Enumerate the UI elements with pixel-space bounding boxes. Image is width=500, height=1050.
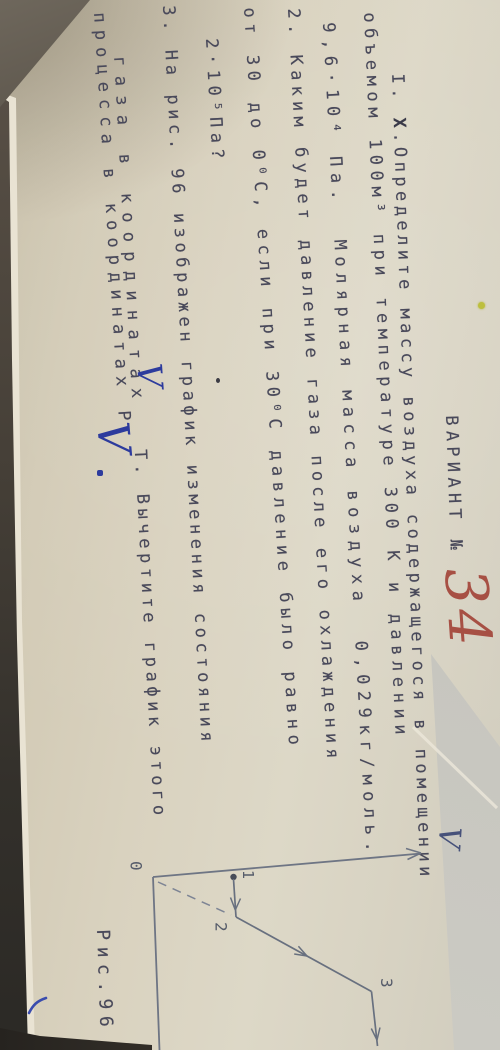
worksheet-photo: ВАРИАНТ № 34 I. Х.Определите массу возду… (0, 0, 500, 1050)
point-label-3: 3 (377, 978, 396, 988)
fold-highlight-line (413, 727, 497, 808)
v-axis-label: V (430, 825, 467, 852)
process-segment-2-3 (236, 917, 372, 992)
point-label-1: 1 (239, 870, 257, 879)
t-axis (153, 877, 160, 1050)
figure-96-graph: 0 1 2 3 V (0, 0, 500, 1050)
dashed-isobar-extension (158, 882, 231, 915)
point-label-2: 2 (212, 922, 231, 932)
v-axis (153, 854, 421, 878)
blue-tick-mark (29, 998, 46, 1013)
process-segment-1-2 (234, 879, 237, 917)
arrow-2-3 (294, 946, 307, 956)
origin-label: 0 (127, 861, 146, 871)
